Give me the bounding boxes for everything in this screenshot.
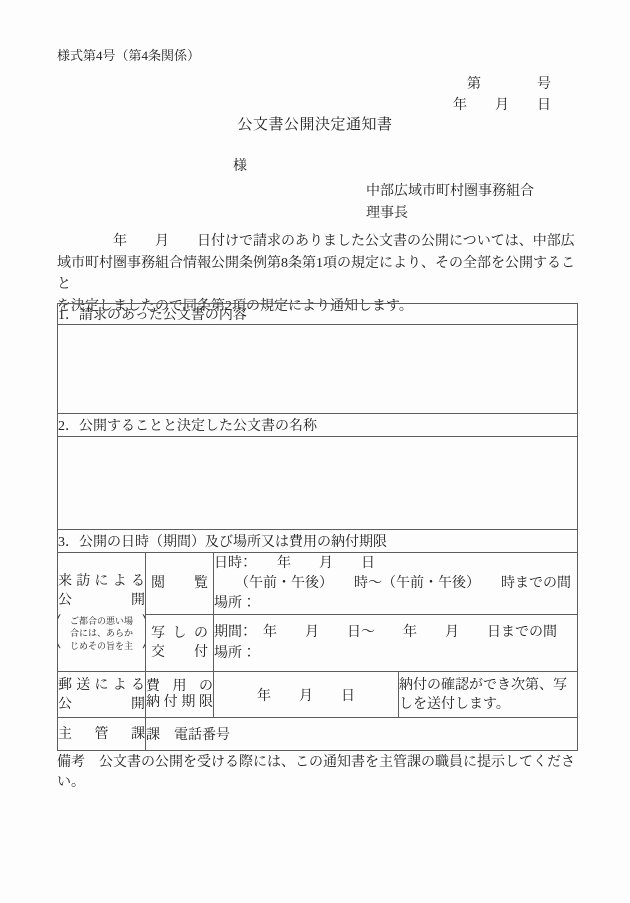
inspection-line3: 場所： — [214, 594, 577, 614]
visit-note-line2: 合には、あらか — [70, 628, 133, 638]
remarks-note: 備考 公文書の公開を受ける際には、この通知書を主管課の職員に提示してください。 — [57, 751, 587, 791]
fee-label-line2: 納付期限 — [146, 695, 213, 711]
form-number: 様式第4号（第4条関係） — [57, 45, 200, 64]
fee-label-line1: 費用の — [146, 679, 213, 695]
inspection-label-cell: 閲覧 — [146, 553, 214, 615]
copy-label-line1: 写しの — [151, 624, 208, 643]
dept-label: 主管課 — [58, 725, 145, 744]
visit-note: （ ご都合の悪い場 合には、あらか じめその旨を主 ） — [58, 615, 145, 653]
fee-date-cell: 年 月 日 — [214, 672, 399, 718]
fee-note-cell: 納付の確認ができ次第、写しを送付します。 — [399, 672, 578, 718]
section1-content-cell — [58, 325, 578, 414]
visit-label-line2: 公開 — [58, 591, 145, 610]
body-line-1: 年 月 日付けで請求のありました公文書の公開については、中部広 — [57, 231, 579, 253]
sender-role: 理事長 — [366, 203, 534, 225]
copy-issuance-label-cell: 写しの 交付 — [146, 615, 214, 672]
visit-note-line3: じめその旨を主 — [70, 641, 133, 651]
copy-period-cell: 期間： 年 月 日～ 年 月 日までの間 場所： — [214, 615, 578, 672]
inspection-datetime-cell: 日時： 年 月 日 （午前・午後） 時～（午前・午後） 時までの間 場所： — [214, 553, 578, 615]
big-paren-left-icon: （ — [58, 615, 62, 653]
mail-label-line1: 郵送による — [58, 676, 145, 695]
sender-organization: 中部広域市町村圏事務組合 — [366, 181, 534, 203]
document-page: 様式第4号（第4条関係） 第 号 年 月 日 公文書公開決定通知書 様 中部広域… — [0, 0, 630, 903]
disclosure-form-table: 1．請求のあった公文書の内容 2．公開することと決定した公文書の名称 3．公開の… — [57, 303, 578, 751]
dept-label-cell: 主管課 — [58, 718, 146, 751]
copy-line2: 場所： — [214, 643, 577, 664]
sender-block: 中部広域市町村圏事務組合 理事長 — [366, 181, 534, 225]
visit-note-text: ご都合の悪い場 合には、あらか じめその旨を主 — [70, 615, 133, 653]
body-line-2: 域市町村圏事務組合情報公開条例第8条第1項の規定により、その全部を公開すること — [57, 253, 579, 296]
section1-header: 1．請求のあった公文書の内容 — [58, 304, 578, 325]
visit-disclosure-label-cell: 来訪による 公開 （ ご都合の悪い場 合には、あらか じめその旨を主 ） — [58, 553, 146, 672]
mail-disclosure-label-cell: 郵送による 公開 — [58, 672, 146, 718]
mail-label-line2: 公開 — [58, 695, 145, 714]
doc-number-line: 第 号 — [467, 73, 551, 93]
document-title: 公文書公開決定通知書 — [0, 113, 630, 134]
inspection-line2: （午前・午後） 時～（午前・午後） 時までの間 — [214, 574, 577, 594]
section2-header: 2．公開することと決定した公文書の名称 — [58, 414, 578, 437]
copy-line1: 期間： 年 月 日～ 年 月 日までの間 — [214, 622, 577, 643]
section3-header: 3．公開の日時（期間）及び場所又は費用の納付期限 — [58, 530, 578, 553]
issue-date-line: 年 月 日 — [453, 94, 551, 114]
fee-deadline-label-cell: 費用の 納付期限 — [146, 672, 214, 718]
section2-content-cell — [58, 437, 578, 530]
dept-value-cell: 課 電話番号 — [146, 718, 578, 751]
visit-note-line1: ご都合の悪い場 — [70, 616, 133, 626]
visit-label-line1: 来訪による — [58, 572, 145, 591]
inspection-line1: 日時： 年 月 日 — [214, 554, 577, 574]
copy-label-line2: 交付 — [151, 643, 208, 662]
addressee-suffix: 様 — [233, 155, 247, 175]
big-paren-right-icon: ） — [141, 615, 145, 653]
inspection-label: 閲覧 — [151, 574, 208, 593]
